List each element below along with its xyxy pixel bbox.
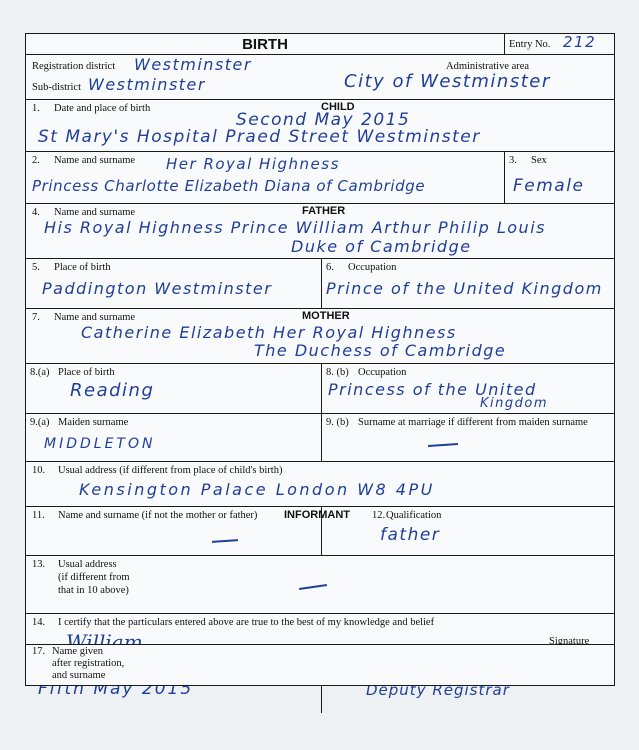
surname-at-marriage-blank-dash	[428, 443, 458, 447]
mother-birth-occupation-row: 8.(a)Place of birth Reading 8. (b)Occupa…	[26, 363, 614, 414]
field-5-number: 5.	[32, 262, 54, 274]
field-11-number: 11.	[32, 510, 58, 522]
entry-number-value: 212	[563, 33, 596, 51]
mother-name-value: Catherine Elizabeth Her Royal Highness	[81, 323, 457, 342]
title-row: BIRTH Entry No. 212	[26, 34, 614, 54]
father-occupation-value: Prince of the United Kingdom	[326, 279, 603, 298]
registration-district-value: Westminster	[134, 55, 252, 74]
name-after-registration-label-2: after registration,	[52, 658, 124, 670]
informant-name-label: Name and surname (if not the mother or f…	[58, 510, 257, 521]
name-after-registration-label-1: Name given	[52, 646, 103, 657]
mother-surname-row: 9.(a)Maiden surname MIDDLETON 9. (b)Surn…	[26, 413, 614, 462]
mother-place-of-birth-label: Place of birth	[58, 367, 115, 378]
surname-at-marriage-cell: 9. (b)Surname at marriage if different f…	[321, 414, 614, 462]
father-place-of-birth-label: Place of birth	[54, 262, 111, 273]
mother-occupation-value-line2: Kingdom	[480, 396, 548, 411]
child-birth-row: CHILD 1.Date and place of birth Second M…	[26, 99, 614, 152]
name-after-registration-label-3: and surname	[52, 670, 105, 682]
usual-address-row: 10.Usual address (if different from plac…	[26, 461, 614, 507]
field-6-number: 6.	[326, 262, 348, 274]
field-2-number: 2.	[32, 155, 54, 167]
district-row: Registration district Westminster Sub-di…	[26, 54, 614, 100]
informant-address-label-1: Usual address	[58, 559, 117, 570]
form-title: BIRTH	[26, 36, 504, 53]
qualification-cell: 12.Qualification father	[321, 507, 614, 556]
field-14-number: 14.	[32, 617, 58, 629]
field-7-number: 7.	[32, 312, 54, 324]
qualification-value: father	[380, 525, 440, 545]
father-section-heading: FATHER	[302, 205, 345, 217]
field-9b-number: 9. (b)	[326, 417, 358, 429]
sub-district-value: Westminster	[88, 75, 206, 94]
informant-address-label-2: (if different from	[58, 572, 130, 584]
mother-place-of-birth-value: Reading	[70, 380, 154, 401]
father-occupation-cell: 6.Occupation Prince of the United Kingdo…	[321, 259, 614, 309]
date-place-birth-label: Date and place of birth	[54, 103, 150, 114]
field-8b-number: 8. (b)	[326, 367, 358, 379]
informant-address-blank-dash	[299, 584, 327, 590]
father-name-row: FATHER 4.Name and surname His Royal High…	[26, 203, 614, 259]
father-place-of-birth-value: Paddington Westminster	[42, 279, 272, 298]
sex-cell: 3.Sex Female	[504, 152, 614, 204]
certification-statement: I certify that the particulars entered a…	[58, 617, 434, 628]
entry-number-cell: Entry No. 212	[504, 34, 614, 54]
field-13-number: 13.	[32, 559, 58, 571]
informant-address-label-3: that in 10 above)	[58, 585, 129, 597]
child-name-label: Name and surname	[54, 155, 135, 166]
mother-name-label: Name and surname	[54, 312, 135, 323]
father-occupation-label: Occupation	[348, 262, 396, 273]
entry-number-label: Entry No.	[509, 39, 550, 51]
informant-name-blank-dash	[212, 539, 238, 543]
father-birth-occupation-row: 5.Place of birth Paddington Westminster …	[26, 258, 614, 309]
birth-certificate-form: BIRTH Entry No. 212 Registration distric…	[25, 33, 615, 685]
sex-value: Female	[513, 176, 584, 196]
field-17-number: 17.	[32, 646, 52, 658]
place-of-birth-value: St Mary's Hospital Praed Street Westmins…	[38, 127, 481, 147]
father-title-value: Duke of Cambridge	[291, 237, 472, 256]
sex-label: Sex	[531, 155, 547, 166]
field-12-number: 12.	[372, 510, 386, 522]
maiden-surname-label: Maiden surname	[58, 417, 128, 428]
maiden-surname-value: MIDDLETON	[44, 436, 155, 452]
field-9a-number: 9.(a)	[30, 417, 58, 429]
mother-title-value: The Duchess of Cambridge	[254, 341, 506, 360]
father-name-label: Name and surname	[54, 207, 135, 218]
mother-section-heading: MOTHER	[302, 310, 350, 322]
field-1-number: 1.	[32, 103, 54, 115]
field-3-number: 3.	[509, 155, 531, 167]
informant-address-row: 13.Usual address (if different from that…	[26, 555, 614, 614]
child-name-value: Princess Charlotte Elizabeth Diana of Ca…	[32, 177, 425, 195]
registration-district-label: Registration district	[32, 61, 115, 73]
administrative-area-value: City of Westminster	[344, 71, 551, 92]
qualification-label: Qualification	[386, 510, 441, 521]
child-title-value: Her Royal Highness	[166, 155, 340, 173]
surname-at-marriage-label: Surname at marriage if different from ma…	[358, 417, 588, 428]
usual-address-value: Kensington Palace London W8 4PU	[79, 480, 435, 499]
mother-name-row: MOTHER 7.Name and surname Catherine Eliz…	[26, 308, 614, 364]
father-name-value: His Royal Highness Prince William Arthur…	[44, 218, 546, 237]
field-10-number: 10.	[32, 465, 58, 477]
usual-address-label: Usual address (if different from place o…	[58, 465, 282, 476]
child-name-row: 2.Name and surname Her Royal Highness Pr…	[26, 151, 614, 204]
mother-occupation-label: Occupation	[358, 367, 406, 378]
field-8a-number: 8.(a)	[30, 367, 58, 379]
name-after-registration-row: 17.Name given after registration, and su…	[25, 644, 615, 686]
informant-name-row: INFORMANT 11.Name and surname (if not th…	[26, 506, 614, 556]
sub-district-label: Sub-district	[32, 82, 81, 94]
mother-occupation-cell: 8. (b)Occupation Princess of the United …	[321, 364, 614, 414]
